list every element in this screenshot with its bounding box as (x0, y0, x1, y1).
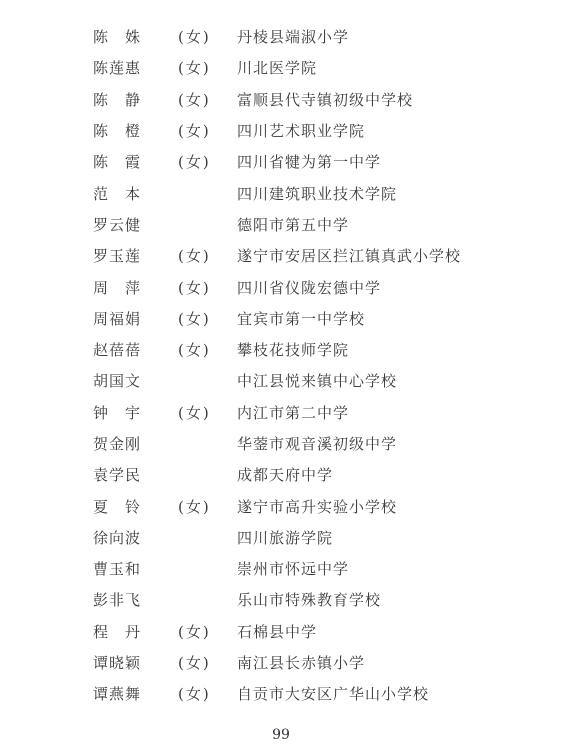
table-row: 陈 姝 (女) 丹棱县端淑小学 (93, 22, 562, 53)
person-name: 袁学民 (93, 468, 178, 483)
school-name: 攀枝花技师学院 (237, 343, 562, 358)
table-row: 谭晓颖 (女) 南江县长赤镇小学 (93, 648, 562, 679)
table-row: 徐向波 四川旅游学院 (93, 523, 562, 554)
school-name: 内江市第二中学 (237, 406, 562, 421)
table-row: 程 丹 (女) 石棉县中学 (93, 617, 562, 648)
table-row: 罗玉莲 (女) 遂宁市安居区拦江镇真武小学校 (93, 241, 562, 272)
person-name: 罗玉莲 (93, 249, 178, 264)
school-name: 石棉县中学 (237, 625, 562, 640)
table-row: 范 本 四川建筑职业技术学院 (93, 178, 562, 209)
table-row: 赵蓓蓓 (女) 攀枝花技师学院 (93, 335, 562, 366)
person-name: 陈 霞 (93, 155, 178, 170)
table-row: 彭非飞 乐山市特殊教育学校 (93, 585, 562, 616)
person-name: 周 萍 (93, 281, 178, 296)
person-name: 陈 静 (93, 93, 178, 108)
person-name: 夏 铃 (93, 500, 178, 515)
school-name: 中江县悦来镇中心学校 (237, 374, 562, 389)
table-row: 胡国文 中江县悦来镇中心学校 (93, 366, 562, 397)
person-name: 徐向波 (93, 531, 178, 546)
table-row: 陈 霞 (女) 四川省犍为第一中学 (93, 147, 562, 178)
school-name: 丹棱县端淑小学 (237, 30, 562, 45)
school-name: 四川省犍为第一中学 (237, 155, 562, 170)
school-name: 华蓥市观音溪初级中学 (237, 437, 562, 452)
person-name: 范 本 (93, 187, 178, 202)
gender-label: (女) (178, 30, 237, 45)
person-name: 钟 宇 (93, 406, 178, 421)
school-name: 自贡市大安区广华山小学校 (237, 687, 562, 702)
gender-label: (女) (178, 93, 237, 108)
school-name: 成都天府中学 (237, 468, 562, 483)
person-name: 陈 橙 (93, 124, 178, 139)
gender-label: (女) (178, 406, 237, 421)
table-row: 周 萍 (女) 四川省仪陇宏德中学 (93, 272, 562, 303)
table-row: 罗云健 德阳市第五中学 (93, 210, 562, 241)
gender-label: (女) (178, 281, 237, 296)
table-row: 周福娟 (女) 宜宾市第一中学校 (93, 304, 562, 335)
table-row: 陈莲惠 (女) 川北医学院 (93, 53, 562, 84)
table-row: 谭燕舞 (女) 自贡市大安区广华山小学校 (93, 679, 562, 710)
gender-label: (女) (178, 61, 237, 76)
document-page: 陈 姝 (女) 丹棱县端淑小学 陈莲惠 (女) 川北医学院 陈 静 (女) 富顺… (0, 0, 562, 755)
gender-label: (女) (178, 312, 237, 327)
gender-label: (女) (178, 249, 237, 264)
person-name: 谭燕舞 (93, 687, 178, 702)
gender-label: (女) (178, 500, 237, 515)
school-name: 德阳市第五中学 (237, 218, 562, 233)
school-name: 四川艺术职业学院 (237, 124, 562, 139)
person-name: 周福娟 (93, 312, 178, 327)
school-name: 川北医学院 (237, 61, 562, 76)
school-name: 四川省仪陇宏德中学 (237, 281, 562, 296)
table-row: 曹玉和 崇州市怀远中学 (93, 554, 562, 585)
person-name: 赵蓓蓓 (93, 343, 178, 358)
gender-label: (女) (178, 155, 237, 170)
school-name: 四川建筑职业技术学院 (237, 187, 562, 202)
school-name: 四川旅游学院 (237, 531, 562, 546)
school-name: 崇州市怀远中学 (237, 562, 562, 577)
person-name: 程 丹 (93, 625, 178, 640)
person-name: 曹玉和 (93, 562, 178, 577)
school-name: 遂宁市高升实验小学校 (237, 500, 562, 515)
gender-label: (女) (178, 625, 237, 640)
roster-list: 陈 姝 (女) 丹棱县端淑小学 陈莲惠 (女) 川北医学院 陈 静 (女) 富顺… (93, 22, 562, 711)
gender-label: (女) (178, 343, 237, 358)
person-name: 罗云健 (93, 218, 178, 233)
page-number: 99 (0, 727, 562, 743)
school-name: 遂宁市安居区拦江镇真武小学校 (237, 249, 562, 264)
school-name: 富顺县代寺镇初级中学校 (237, 93, 562, 108)
table-row: 贺金刚 华蓥市观音溪初级中学 (93, 429, 562, 460)
school-name: 宜宾市第一中学校 (237, 312, 562, 327)
gender-label: (女) (178, 124, 237, 139)
school-name: 乐山市特殊教育学校 (237, 593, 562, 608)
table-row: 陈 橙 (女) 四川艺术职业学院 (93, 116, 562, 147)
table-row: 夏 铃 (女) 遂宁市高升实验小学校 (93, 491, 562, 522)
person-name: 贺金刚 (93, 437, 178, 452)
person-name: 彭非飞 (93, 593, 178, 608)
person-name: 陈 姝 (93, 30, 178, 45)
table-row: 钟 宇 (女) 内江市第二中学 (93, 398, 562, 429)
school-name: 南江县长赤镇小学 (237, 656, 562, 671)
table-row: 陈 静 (女) 富顺县代寺镇初级中学校 (93, 85, 562, 116)
table-row: 袁学民 成都天府中学 (93, 460, 562, 491)
person-name: 谭晓颖 (93, 656, 178, 671)
gender-label: (女) (178, 687, 237, 702)
person-name: 胡国文 (93, 374, 178, 389)
gender-label: (女) (178, 656, 237, 671)
person-name: 陈莲惠 (93, 61, 178, 76)
